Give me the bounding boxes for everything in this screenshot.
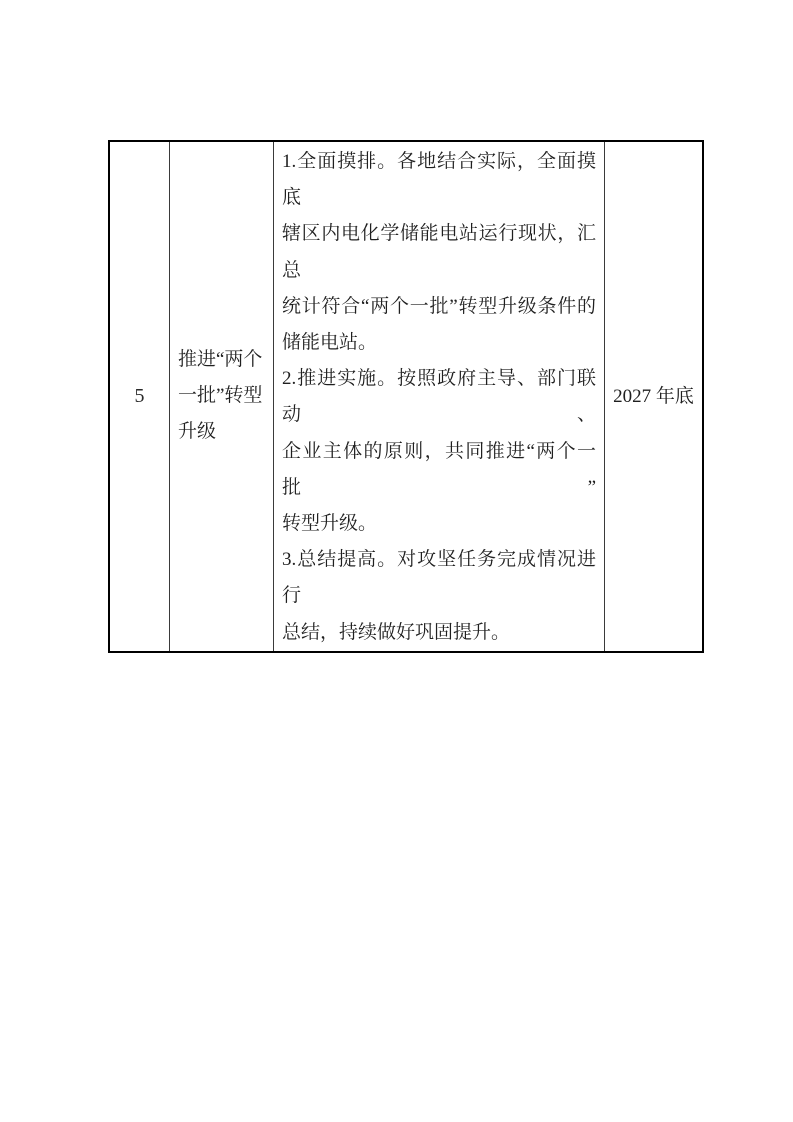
table-row: 5 推进“两个 一批”转型 升级 1.全面摸排。各地结合实际，全面摸底 辖区内电… bbox=[109, 141, 703, 652]
table-grid: 5 推进“两个 一批”转型 升级 1.全面摸排。各地结合实际，全面摸底 辖区内电… bbox=[108, 140, 704, 653]
measures-line: 2.推进实施。按照政府主导、部门联动、 bbox=[282, 361, 596, 433]
measures-cell: 1.全面摸排。各地结合实际，全面摸底 辖区内电化学储能电站运行现状，汇总 统计符… bbox=[274, 141, 605, 652]
measures-line: 储能电站。 bbox=[282, 325, 596, 361]
measures-line: 企业主体的原则，共同推进“两个一批” bbox=[282, 434, 596, 506]
measures-line: 1.全面摸排。各地结合实际，全面摸底 bbox=[282, 144, 596, 216]
row-number: 5 bbox=[110, 386, 169, 406]
task-line: 一批”转型 bbox=[178, 378, 271, 414]
deadline-text: 2027 年底 bbox=[605, 387, 702, 406]
measures-line: 3.总结提高。对攻坚任务完成情况进行 bbox=[282, 542, 596, 614]
measures-line: 总结，持续做好巩固提升。 bbox=[282, 615, 596, 651]
row-number-cell: 5 bbox=[109, 141, 170, 652]
task-line: 升级 bbox=[178, 414, 271, 450]
measures-line: 统计符合“两个一批”转型升级条件的 bbox=[282, 289, 596, 325]
measures-text: 1.全面摸排。各地结合实际，全面摸底 辖区内电化学储能电站运行现状，汇总 统计符… bbox=[274, 142, 604, 651]
document-page: 5 推进“两个 一批”转型 升级 1.全面摸排。各地结合实际，全面摸底 辖区内电… bbox=[0, 0, 793, 1122]
action-plan-table: 5 推进“两个 一批”转型 升级 1.全面摸排。各地结合实际，全面摸底 辖区内电… bbox=[108, 140, 704, 653]
task-name: 推进“两个 一批”转型 升级 bbox=[170, 342, 273, 450]
task-line: 推进“两个 bbox=[178, 342, 271, 378]
task-name-cell: 推进“两个 一批”转型 升级 bbox=[170, 141, 274, 652]
deadline-cell: 2027 年底 bbox=[605, 141, 704, 652]
measures-line: 辖区内电化学储能电站运行现状，汇总 bbox=[282, 216, 596, 288]
measures-line: 转型升级。 bbox=[282, 506, 596, 542]
